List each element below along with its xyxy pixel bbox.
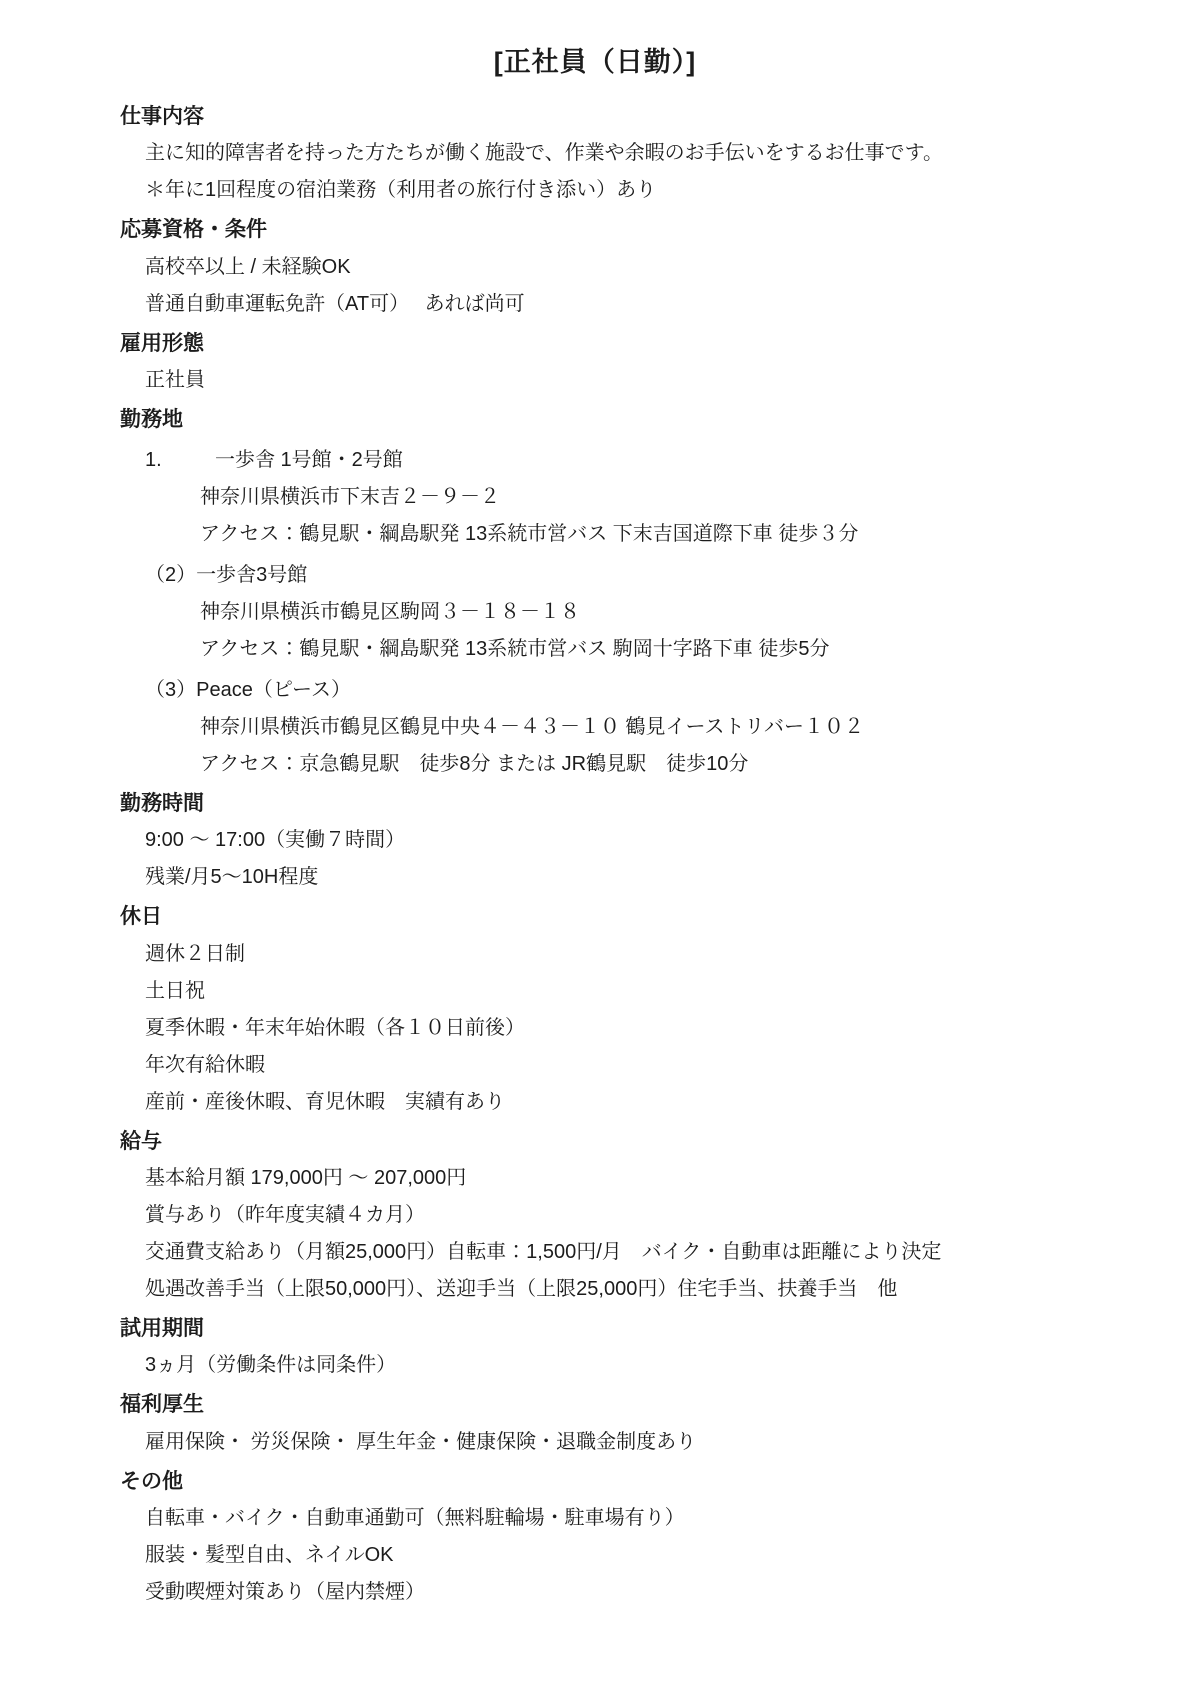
location-number: 1. — [145, 447, 215, 474]
section-heading: 雇用形態 — [120, 330, 1120, 357]
section-heading: 勤務時間 — [120, 790, 1120, 817]
section-holidays: 休日 週休２日制 土日祝 夏季休暇・年末年始休暇（各１０日前後） 年次有給休暇 … — [120, 903, 1120, 1115]
location-access: アクセス：鶴見駅・綱島駅発 13系統市営バス 下末吉国道際下車 徒歩３分 — [200, 521, 1120, 548]
salary-commute-line: 交通費支給あり（月額25,000円）自転車：1,500円/月 バイク・自動車は距… — [145, 1239, 1120, 1266]
holiday-line: 産前・産後休暇、育児休暇 実績有あり — [145, 1089, 1120, 1116]
job-posting-document: [正社員（日勤）] 仕事内容 主に知的障害者を持った方たちが働く施設で、作業や余… — [0, 0, 1190, 1684]
location-number: （3） — [145, 677, 196, 704]
section-work-hours: 勤務時間 9:00 ～ 17:00（実働７時間） 残業/月5～10H程度 — [120, 790, 1120, 891]
holiday-line: 週休２日制 — [145, 941, 1120, 968]
location-name-text: 一歩舎 1号館・2号館 — [215, 449, 403, 471]
employment-type-line: 正社員 — [145, 367, 1120, 394]
location-name: （3）Peace（ピース） — [145, 677, 1120, 704]
salary-allowance-line: 処遇改善手当（上限50,000円）、送迎手当（上限25,000円）住宅手当、扶養… — [145, 1276, 1120, 1303]
section-heading: 休日 — [120, 903, 1120, 930]
location-number: （2） — [145, 562, 196, 589]
section-heading: 応募資格・条件 — [120, 216, 1120, 243]
section-heading: 試用期間 — [120, 1315, 1120, 1342]
requirement-line: 普通自動車運転免許（AT可） あれば尚可 — [145, 291, 1120, 318]
location-name: 1.一歩舎 1号館・2号館 — [145, 447, 1120, 474]
holiday-line: 土日祝 — [145, 978, 1120, 1005]
job-description-note: ＊年に1回程度の宿泊業務（利用者の旅行付き添い）あり — [145, 177, 1120, 204]
page-title: [正社員（日勤）] — [120, 40, 1070, 79]
location-name: （2）一歩舎3号館 — [145, 562, 1120, 589]
location-address: 神奈川県横浜市鶴見区鶴見中央４－４３－１０ 鶴見イーストリバー１０２ — [200, 714, 1120, 741]
other-line: 服装・髪型自由、ネイルOK — [145, 1542, 1120, 1569]
section-job-description: 仕事内容 主に知的障害者を持った方たちが働く施設で、作業や余暇のお手伝いをするお… — [120, 103, 1120, 204]
location-item: 1.一歩舎 1号館・2号館 神奈川県横浜市下末吉２－９－２ アクセス：鶴見駅・綱… — [120, 447, 1120, 548]
section-probation: 試用期間 3ヵ月（労働条件は同条件） — [120, 1315, 1120, 1379]
location-name-text: Peace（ピース） — [196, 679, 351, 701]
benefits-line: 雇用保険・ 労災保険・ 厚生年金・健康保険・退職金制度あり — [145, 1429, 1120, 1456]
section-work-location: 勤務地 1.一歩舎 1号館・2号館 神奈川県横浜市下末吉２－９－２ アクセス：鶴… — [120, 406, 1120, 778]
salary-bonus-line: 賞与あり（昨年度実績４カ月） — [145, 1202, 1120, 1229]
overtime-line: 残業/月5～10H程度 — [145, 864, 1120, 891]
location-item: （2）一歩舎3号館 神奈川県横浜市鶴見区駒岡３－１８－１８ アクセス：鶴見駅・綱… — [120, 562, 1120, 663]
holiday-line: 年次有給休暇 — [145, 1052, 1120, 1079]
section-heading: 給与 — [120, 1128, 1120, 1155]
section-other: その他 自転車・バイク・自動車通勤可（無料駐輪場・駐車場有り） 服装・髪型自由、… — [120, 1468, 1120, 1606]
section-benefits: 福利厚生 雇用保険・ 労災保険・ 厚生年金・健康保険・退職金制度あり — [120, 1391, 1120, 1455]
location-address: 神奈川県横浜市鶴見区駒岡３－１８－１８ — [200, 599, 1120, 626]
section-requirements: 応募資格・条件 高校卒以上 / 未経験OK 普通自動車運転免許（AT可） あれば… — [120, 216, 1120, 317]
probation-line: 3ヵ月（労働条件は同条件） — [145, 1352, 1120, 1379]
salary-base-line: 基本給月額 179,000円 ～ 207,000円 — [145, 1165, 1120, 1192]
section-heading: 福利厚生 — [120, 1391, 1120, 1418]
work-hours-line: 9:00 ～ 17:00（実働７時間） — [145, 827, 1120, 854]
location-name-text: 一歩舎3号館 — [196, 564, 307, 586]
requirement-line: 高校卒以上 / 未経験OK — [145, 254, 1120, 281]
holiday-line: 夏季休暇・年末年始休暇（各１０日前後） — [145, 1015, 1120, 1042]
section-heading: その他 — [120, 1468, 1120, 1495]
other-line: 受動喫煙対策あり（屋内禁煙） — [145, 1579, 1120, 1606]
other-line: 自転車・バイク・自動車通勤可（無料駐輪場・駐車場有り） — [145, 1505, 1120, 1532]
section-employment-type: 雇用形態 正社員 — [120, 330, 1120, 394]
location-item: （3）Peace（ピース） 神奈川県横浜市鶴見区鶴見中央４－４３－１０ 鶴見イー… — [120, 677, 1120, 778]
section-heading: 仕事内容 — [120, 103, 1120, 130]
section-heading: 勤務地 — [120, 406, 1120, 433]
job-description-line: 主に知的障害者を持った方たちが働く施設で、作業や余暇のお手伝いをするお仕事です。 — [145, 140, 1120, 167]
location-access: アクセス：鶴見駅・綱島駅発 13系統市営バス 駒岡十字路下車 徒歩5分 — [200, 636, 1120, 663]
location-access: アクセス：京急鶴見駅 徒歩8分 または JR鶴見駅 徒歩10分 — [200, 751, 1120, 778]
section-salary: 給与 基本給月額 179,000円 ～ 207,000円 賞与あり（昨年度実績４… — [120, 1128, 1120, 1303]
location-address: 神奈川県横浜市下末吉２－９－２ — [200, 484, 1120, 511]
